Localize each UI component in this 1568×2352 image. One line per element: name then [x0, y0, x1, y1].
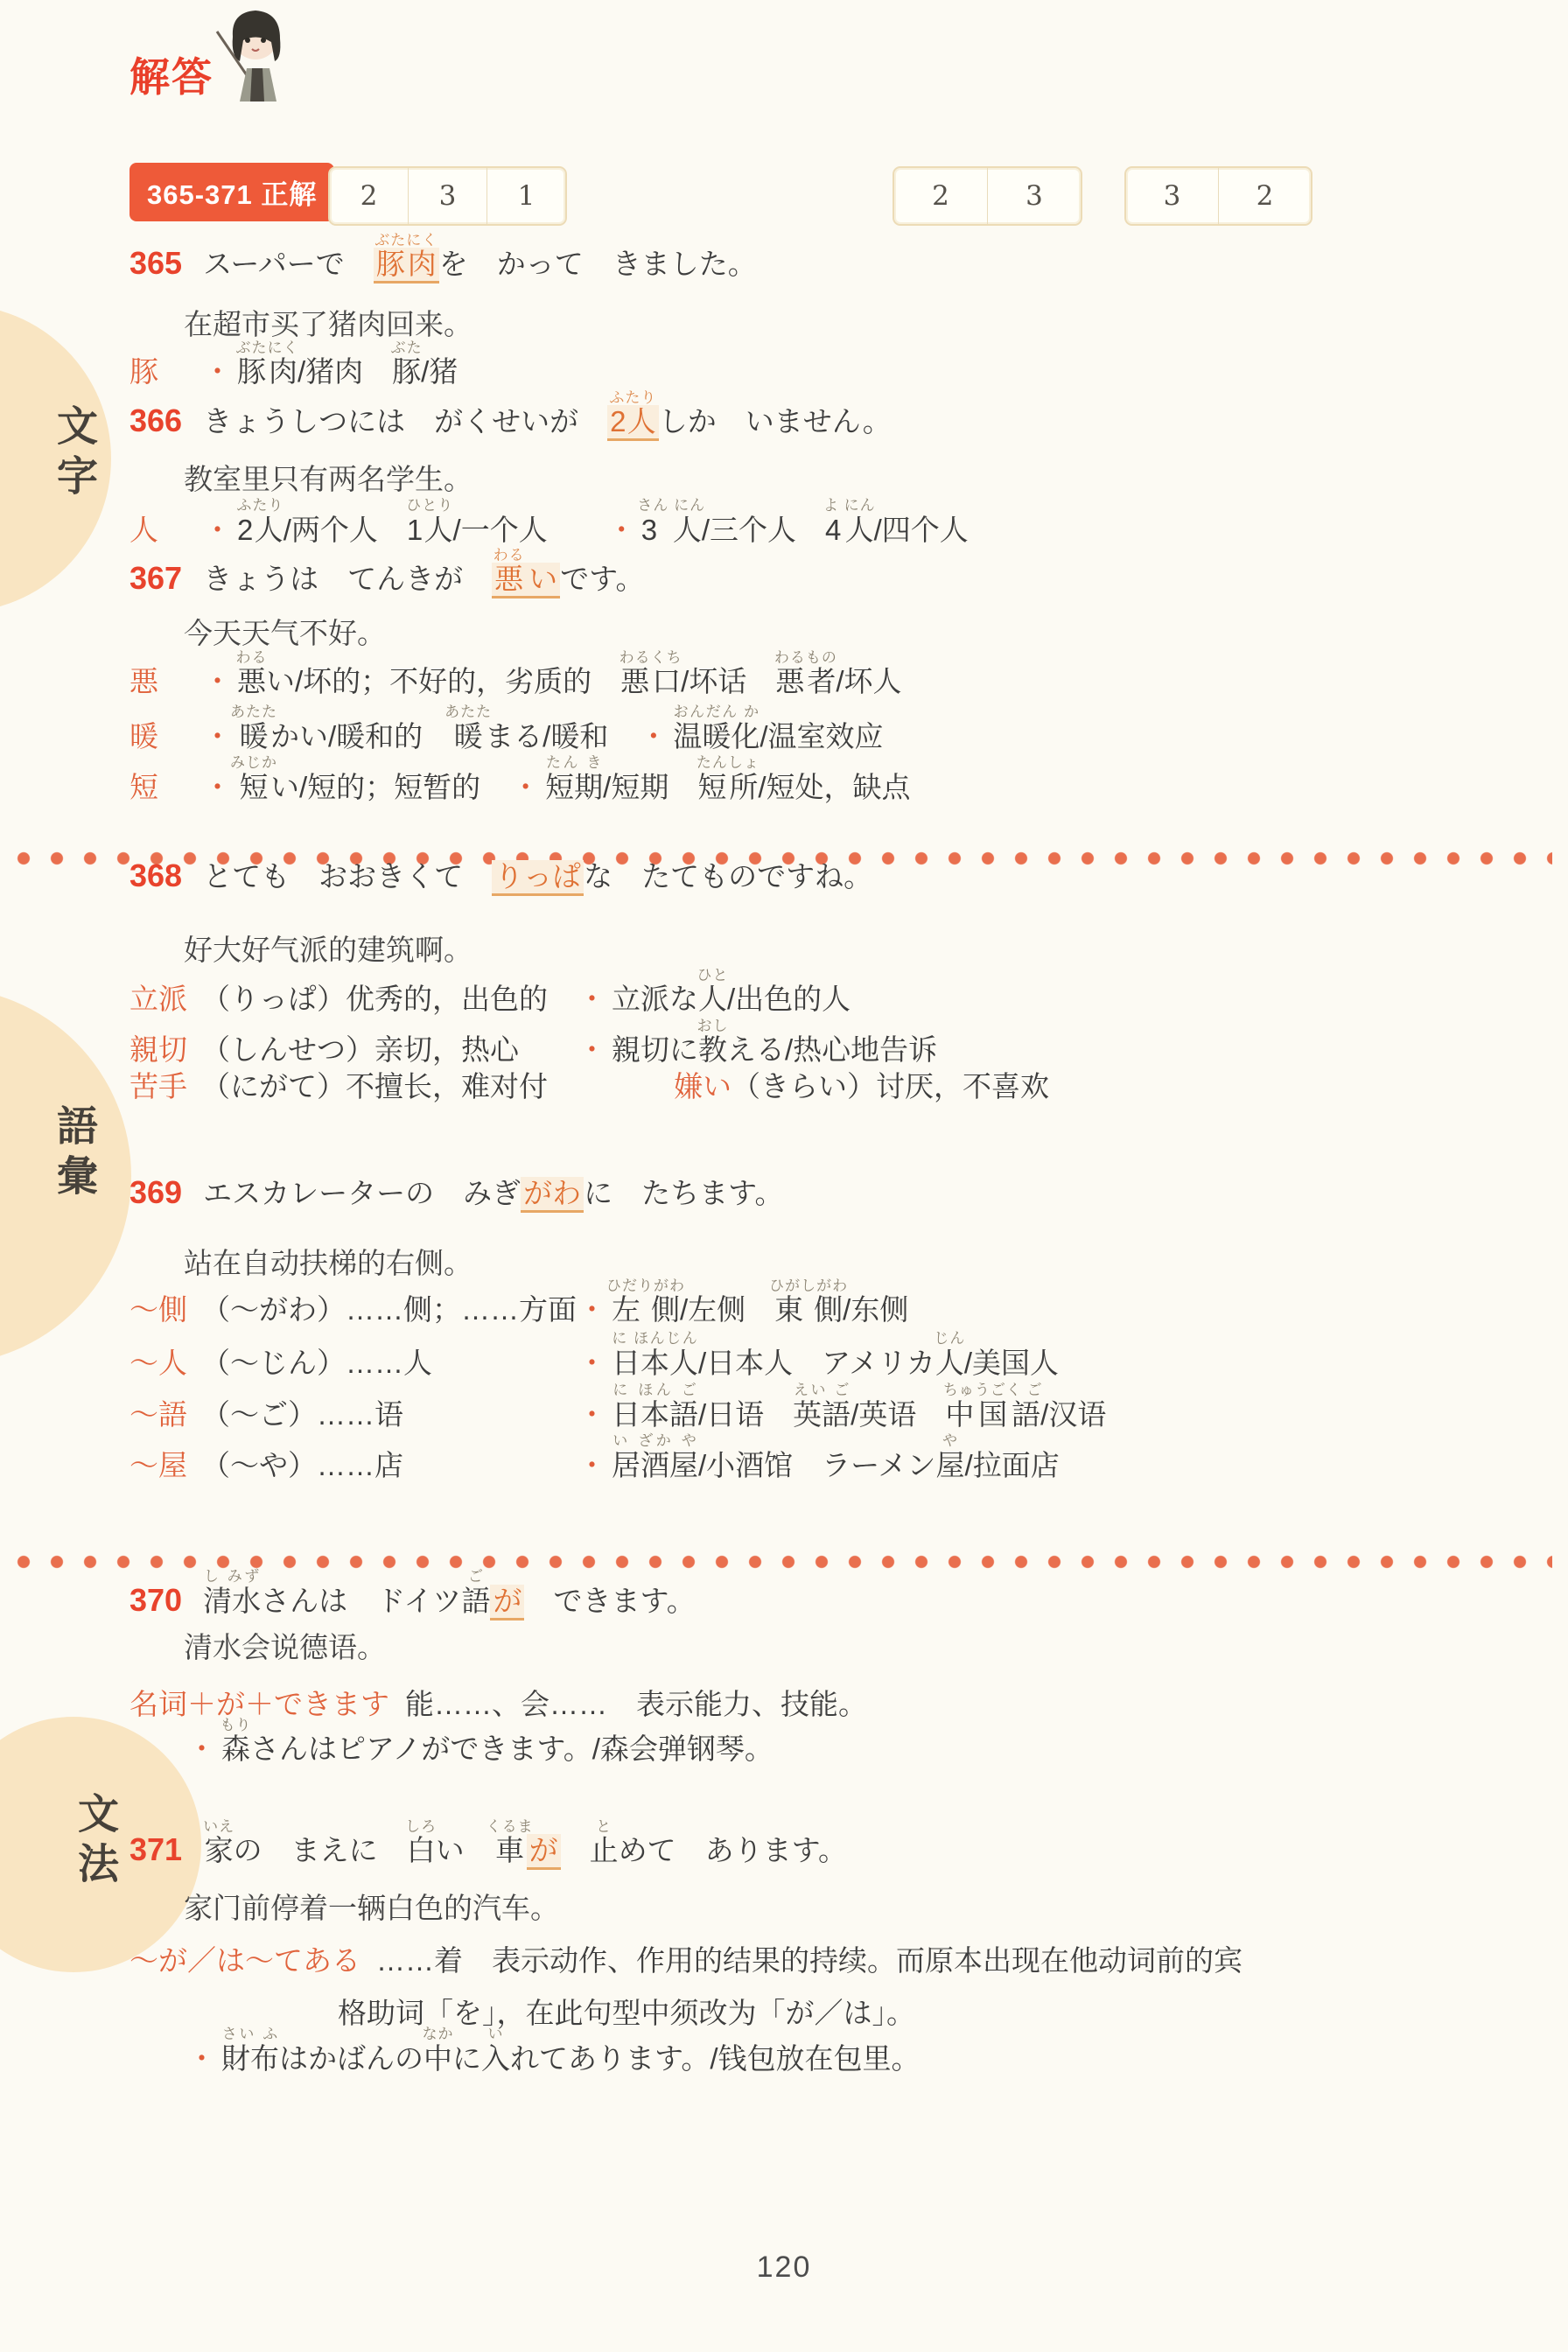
- text-segment: 左側ひだりがわ: [612, 1293, 680, 1326]
- bullet-dot: ・: [607, 514, 636, 546]
- text-segment: /两个人: [283, 514, 407, 546]
- vocab-content: ・悪わるい/坏的；不好的，劣质的 悪口わるくち/坏话 悪者わるもの/坏人: [201, 649, 902, 698]
- text-segment: できます。: [524, 1585, 695, 1617]
- text-segment: です。: [560, 563, 644, 595]
- vocab-row: 悪・悪わるい/坏的；不好的，劣质的 悪口わるくち/坏话 悪者わるもの/坏人: [129, 649, 1538, 698]
- text-segment: /坏人: [836, 665, 901, 697]
- text-segment: 暖あたた: [451, 720, 485, 752]
- text-segment: 中なか: [423, 2042, 452, 2075]
- vocab-row: 暖・暖あたたかい/暖和的 暖あたたまる/暖和 ・温暖化おんだん か/温室效应: [129, 703, 1538, 753]
- text-segment: （〜や）……店: [201, 1449, 403, 1481]
- text-segment: 清水し みず: [203, 1585, 261, 1617]
- text-segment: 入い: [481, 2042, 510, 2075]
- vocab-content: ・短みじかい/短的；短暂的 ・短期たん き/短期 短所たんしょ/短处，缺点: [201, 754, 911, 804]
- text-segment: い: [436, 1834, 493, 1866]
- answer-cell: 1: [487, 168, 565, 224]
- vocab-headword: 立派: [129, 983, 191, 1016]
- text-segment: 1人ひとり: [407, 514, 453, 546]
- text-segment: 悪わる: [237, 665, 266, 697]
- answer-cell: 2: [330, 168, 409, 224]
- text-segment: 中国語ちゅうごく ご: [945, 1398, 1040, 1431]
- japanese-sentence: スーパーで 豚肉ぶたにくを かって きました。: [203, 248, 757, 283]
- text-segment: 暖あたた: [237, 720, 270, 752]
- text-segment: に: [452, 2042, 481, 2075]
- vocab-row: 苦手（にがて）不擅长，难对付嫌い（きらい）讨厌，不喜欢: [129, 1070, 1538, 1103]
- vocab-headword: 人: [129, 514, 191, 547]
- vocab-row: 親切（しんせつ）亲切，热心・親切に教おしえる/热心地告诉: [129, 1018, 1538, 1067]
- text-segment: 白しろ: [407, 1834, 436, 1866]
- text-segment: の まえに: [234, 1834, 407, 1866]
- text-segment: 車くるま: [493, 1834, 527, 1866]
- question-number: 368: [129, 857, 182, 893]
- text-segment: 短期たん き: [545, 771, 603, 803]
- answer-box-group-1: 2 3 1: [328, 166, 567, 226]
- text-segment: 3 人さん にん: [641, 514, 702, 546]
- vocab-meaning: （にがて）不擅长，难对付: [201, 1070, 576, 1103]
- text-segment: /出色的人: [727, 983, 850, 1015]
- bullet-dot: ・: [203, 514, 232, 546]
- japanese-sentence: 家いえの まえに 白しろい 車くるまが 止とめて あります。: [203, 1834, 847, 1870]
- bullet-dot: ・: [203, 355, 232, 388]
- vocab-meaning: （〜じん）……人: [201, 1347, 576, 1380]
- text-segment: /日语: [698, 1398, 793, 1431]
- chinese-translation: 今天天气不好。: [129, 617, 1568, 650]
- text-segment: きょうは てんきが: [203, 563, 492, 595]
- vocab-row: 〜側（〜がわ）……侧；……方面・左側ひだりがわ/左侧 東側ひがしがわ/东侧: [129, 1277, 1538, 1326]
- text-segment: /汉语: [1040, 1398, 1106, 1431]
- answer-highlight: い: [526, 563, 560, 598]
- text-segment: めて あります。: [619, 1834, 847, 1866]
- text-segment: 教おし: [698, 1033, 727, 1066]
- text-segment: 財布さい ふ: [221, 2042, 279, 2075]
- answer-highlight: がわ: [521, 1177, 584, 1213]
- text-segment: /小酒馆 ラーメン: [698, 1449, 936, 1481]
- text-segment: 立派な: [612, 983, 698, 1015]
- text-segment: /猪肉: [297, 355, 392, 388]
- text-segment: 悪口わるくち: [620, 665, 681, 697]
- japanese-sentence: 清水し みずさんは ドイツ語ごが できます。: [203, 1585, 696, 1620]
- text-segment: 人ひと: [698, 983, 727, 1015]
- answer-cell: 3: [1126, 168, 1219, 224]
- text-segment: （りっぱ）优秀的，出色的: [201, 983, 548, 1015]
- bullet-dot: ・: [203, 665, 232, 697]
- question-number: 366: [129, 402, 182, 438]
- text-segment: 2人ふたり: [237, 514, 283, 546]
- vocab-example: ・居酒屋い ざか や/小酒馆 ラーメン屋や/拉面店: [576, 1432, 1060, 1482]
- text-segment: 能……、会…… 表示能力、技能。: [405, 1688, 867, 1720]
- text-segment: 短所たんしょ: [697, 771, 758, 803]
- question-number: 370: [129, 1582, 182, 1618]
- vocab-example: ・日本人に ほんじん/日本人 アメリカ人じん/美国人: [576, 1330, 1059, 1380]
- vocab-headword: 短: [129, 771, 191, 804]
- text-segment: /一个人: [453, 514, 605, 546]
- vocab-content: ・豚肉ぶたにく/猪肉 豚ぶた/猪: [201, 339, 458, 388]
- teacher-avatar-illustration: [201, 7, 297, 105]
- text-segment: に たちます。: [584, 1177, 783, 1209]
- vocab-headword: 〜語: [129, 1398, 191, 1431]
- bullet-dot: ・: [187, 1732, 216, 1765]
- text-segment: 止と: [590, 1834, 619, 1866]
- text-segment: 家いえ: [203, 1834, 234, 1866]
- vocab-headword: 苦手: [129, 1070, 191, 1103]
- vocab-example: ・日本語に ほん ご/日语 英語えい ご/英语 中国語ちゅうごく ご/汉语: [576, 1382, 1106, 1431]
- text-segment: さんは ドイツ: [261, 1585, 461, 1617]
- vocab-headword: 〜屋: [129, 1449, 191, 1482]
- vocab-meaning: （〜ご）……语: [201, 1398, 576, 1431]
- vocab-row: 短・短みじかい/短的；短暂的 ・短期たん き/短期 短所たんしょ/短处，缺点: [129, 754, 1538, 804]
- answer-highlight: 豚肉ぶたにく: [374, 248, 439, 283]
- grammar-pattern-row: 〜が／は〜てある……着 表示动作、作用的结果的持续。而原本出现在他动词前的宾: [129, 1944, 1538, 1977]
- text-segment: エスカレーターの みぎ: [203, 1177, 521, 1209]
- text-segment: （〜ご）……语: [201, 1398, 403, 1431]
- vocab-row: 〜人（〜じん）……人・日本人に ほんじん/日本人 アメリカ人じん/美国人: [129, 1330, 1538, 1380]
- text-segment: 人じん: [935, 1347, 964, 1379]
- chinese-translation: 教室里只有两名学生。: [129, 463, 1568, 496]
- text-segment: （にがて）不擅长，难对付: [201, 1070, 548, 1102]
- answer-highlight: が: [490, 1585, 524, 1620]
- vocab-example: ・親切に教おしえる/热心地告诉: [576, 1018, 937, 1067]
- vocab-example: ・立派な人ひと/出色的人: [576, 967, 850, 1016]
- text-segment: 日本語に ほん ご: [612, 1398, 698, 1431]
- text-segment: 温暖化おんだん か: [673, 720, 759, 752]
- bullet-dot: ・: [577, 1033, 606, 1066]
- answer-box-group-2: 2 3: [892, 166, 1082, 226]
- text-segment: [561, 1834, 590, 1866]
- chinese-translation: 清水会说德语。: [129, 1631, 1568, 1664]
- vocab-row: 〜語（〜ご）……语・日本語に ほん ご/日语 英語えい ご/英语 中国語ちゅうご…: [129, 1382, 1538, 1431]
- text-segment: （〜がわ）……侧；……方面: [201, 1293, 577, 1326]
- bullet-dot: ・: [577, 1293, 606, 1326]
- text-segment: /美国人: [964, 1347, 1059, 1379]
- chinese-translation: 站在自动扶梯的右侧。: [129, 1247, 1568, 1280]
- vocab-headword: 〜人: [129, 1347, 191, 1380]
- vocab-content: ・暖あたたかい/暖和的 暖あたたまる/暖和 ・温暖化おんだん か/温室效应: [201, 703, 884, 753]
- vocab-row: 人・2人ふたり/两个人 1人ひとり/一个人 ・3 人さん にん/三个人 4人よ …: [129, 497, 1538, 547]
- question-371-sentence-row: 371家いえの まえに 白しろい 車くるまが 止とめて あります。: [129, 1818, 1538, 1867]
- answer-highlight: 2人ふたり: [607, 405, 659, 441]
- text-segment: 英語えい ご: [793, 1398, 850, 1431]
- text-segment: 豚肉ぶたにく: [237, 355, 297, 388]
- text-segment: /三个人: [702, 514, 825, 546]
- question-368-sentence-row: 368とても おおきくて りっぱな たてものですね。: [129, 857, 1538, 893]
- vocab-content: ・2人ふたり/两个人 1人ひとり/一个人 ・3 人さん にん/三个人 4人よ に…: [201, 497, 969, 547]
- text-segment: さんはピアノができます。/森会弹钢琴。: [250, 1732, 773, 1765]
- chinese-translation: 家门前停着一辆白色的汽车。: [129, 1892, 1568, 1925]
- vocab-row: 立派（りっぱ）优秀的，出色的・立派な人ひと/出色的人: [129, 967, 1538, 1016]
- vocab-headword: 〜側: [129, 1293, 191, 1326]
- section-tab-moji-label: 文字: [45, 404, 104, 504]
- section-tab-bunpo-label: 文法: [66, 1792, 125, 1892]
- text-segment: 豚ぶた: [392, 355, 421, 388]
- text-segment: /日本人 アメリカ: [698, 1347, 935, 1379]
- bullet-dot: ・: [577, 1449, 606, 1481]
- text-segment: 居酒屋い ざか や: [612, 1449, 698, 1481]
- answer-box-group-3: 3 2: [1124, 166, 1312, 226]
- answer-cell: 3: [409, 168, 487, 224]
- japanese-sentence: きょうは てんきが 悪わるいです。: [203, 563, 644, 598]
- answer-highlight: 悪わる: [492, 563, 526, 598]
- grammar-explanation: ……着 表示动作、作用的结果的持续。而原本出现在他动词前的宾: [376, 1944, 1242, 1977]
- question-365-sentence-row: 365スーパーで 豚肉ぶたにくを かって きました。: [129, 232, 1538, 281]
- text-segment: かい/暖和的: [270, 720, 451, 752]
- text-segment: /猪: [421, 355, 458, 388]
- text-segment: を かって きました。: [439, 248, 757, 280]
- text-segment: /坏话: [681, 665, 775, 697]
- answer-cell: 2: [1219, 168, 1311, 224]
- grammar-pattern: 名词＋が＋できます: [129, 1688, 389, 1720]
- grammar-example-row: ・森もりさんはピアノができます。/森会弹钢琴。: [129, 1717, 1568, 1766]
- question-367-sentence-row: 367きょうは てんきが 悪わるいです。: [129, 547, 1538, 596]
- bullet-dot: ・: [577, 1398, 606, 1431]
- question-number: 367: [129, 560, 182, 596]
- text-segment: 日本人に ほんじん: [612, 1347, 698, 1379]
- text-segment: まる/暖和: [485, 720, 637, 752]
- bullet-dot: ・: [203, 771, 232, 803]
- text-segment: 嫌い: [674, 1070, 731, 1102]
- answer-highlight: りっぱ: [492, 860, 584, 896]
- text-segment: /温室效应: [759, 720, 883, 752]
- answer-cell: 2: [894, 168, 988, 224]
- text-segment: /东侧: [843, 1293, 908, 1326]
- text-segment: （〜じん）……人: [201, 1347, 432, 1379]
- text-segment: （きらい）讨厌，不喜欢: [731, 1070, 1049, 1102]
- japanese-sentence: とても おおきくて りっぱな たてものですね。: [203, 860, 872, 896]
- text-segment: スーパーで: [203, 248, 374, 280]
- bullet-dot: ・: [577, 1347, 606, 1379]
- text-segment: な たてものですね。: [584, 860, 872, 892]
- text-segment: （しんせつ）亲切，热心: [201, 1033, 519, 1066]
- text-segment: /短处，缺点: [758, 771, 910, 803]
- vocab-headword: 豚: [129, 355, 191, 388]
- japanese-sentence: エスカレーターの みぎがわに たちます。: [203, 1177, 783, 1213]
- vocab-row: 〜屋（〜や）……店・居酒屋い ざか や/小酒馆 ラーメン屋や/拉面店: [129, 1432, 1538, 1482]
- answer-range-badge: 365-371 正解: [129, 163, 334, 221]
- grammar-explanation: 能……、会…… 表示能力、技能。: [405, 1688, 867, 1720]
- bullet-dot: ・: [187, 2042, 216, 2075]
- text-segment: 屋や: [936, 1449, 965, 1481]
- text-segment: はかばんの: [279, 2042, 423, 2075]
- text-segment: /拉面店: [965, 1449, 1060, 1481]
- vocab-meaning: （〜がわ）……侧；……方面: [201, 1293, 576, 1326]
- answer-cell: 3: [988, 168, 1081, 224]
- text-segment: 語ご: [461, 1585, 490, 1617]
- text-segment: とても おおきくて: [203, 860, 492, 892]
- bullet-dot: ・: [639, 720, 668, 752]
- chinese-translation: 好大好气派的建筑啊。: [129, 934, 1568, 967]
- question-370-sentence-row: 370清水し みずさんは ドイツ語ごが できます。: [129, 1568, 1538, 1618]
- text-segment: れてあります。/钱包放在包里。: [510, 2042, 920, 2075]
- text-segment: 森もり: [221, 1732, 250, 1765]
- bullet-dot: ・: [577, 983, 606, 1015]
- bullet-dot: ・: [203, 720, 232, 752]
- text-segment: い/坏的；不好的，劣质的: [266, 665, 620, 697]
- vocab-headword: 暖: [129, 720, 191, 753]
- text-segment: きょうしつには がくせいが: [203, 405, 607, 437]
- question-369-sentence-row: 369エスカレーターの みぎがわに たちます。: [129, 1174, 1538, 1210]
- japanese-sentence: きょうしつには がくせいが 2人ふたりしか いません。: [203, 405, 892, 441]
- text-segment: /英语: [850, 1398, 945, 1431]
- vocab-example: 嫌い（きらい）讨厌，不喜欢: [576, 1070, 1049, 1103]
- text-segment: 東側ひがしがわ: [774, 1293, 843, 1326]
- section-tab-goi-label: 語彙: [45, 1104, 104, 1204]
- text-segment: 悪者わるもの: [775, 665, 836, 697]
- question-number: 365: [129, 245, 182, 281]
- chinese-translation: 在超市买了猪肉回来。: [129, 308, 1568, 341]
- vocab-headword: 悪: [129, 665, 191, 698]
- text-segment: ……着 表示动作、作用的结果的持续。而原本出现在他动词前的宾: [376, 1944, 1242, 1977]
- text-segment: /四个人: [874, 514, 969, 546]
- text-segment: /左侧: [680, 1293, 774, 1326]
- vocab-meaning: （しんせつ）亲切，热心: [201, 1033, 576, 1067]
- text-segment: 4人よ にん: [825, 514, 874, 546]
- question-number: 371: [129, 1831, 182, 1867]
- answer-highlight: が: [527, 1834, 561, 1870]
- text-segment: 短みじか: [237, 771, 270, 803]
- text-segment: しか いません。: [659, 405, 892, 437]
- grammar-example-row: ・財布さい ふはかばんの中なかに入いれてあります。/钱包放在包里。: [129, 2026, 1568, 2075]
- grammar-pattern: 〜が／は〜てある: [129, 1944, 360, 1977]
- vocab-meaning: （〜や）……店: [201, 1449, 576, 1482]
- question-number: 369: [129, 1174, 182, 1210]
- text-segment: える/热心地告诉: [727, 1033, 937, 1066]
- question-366-sentence-row: 366きょうしつには がくせいが 2人ふたりしか いません。: [129, 389, 1538, 438]
- page-number: 120: [0, 2250, 1568, 2285]
- bullet-dot: ・: [511, 771, 540, 803]
- text-segment: 親切に: [612, 1033, 698, 1066]
- vocab-example: ・左側ひだりがわ/左侧 東側ひがしがわ/东侧: [576, 1277, 908, 1326]
- text-segment: い/短的；短暂的: [270, 771, 509, 803]
- text-segment: /短期: [603, 771, 697, 803]
- vocab-headword: 親切: [129, 1033, 191, 1067]
- vocab-meaning: （りっぱ）优秀的，出色的: [201, 983, 576, 1016]
- vocab-row: 豚・豚肉ぶたにく/猪肉 豚ぶた/猪: [129, 339, 1538, 388]
